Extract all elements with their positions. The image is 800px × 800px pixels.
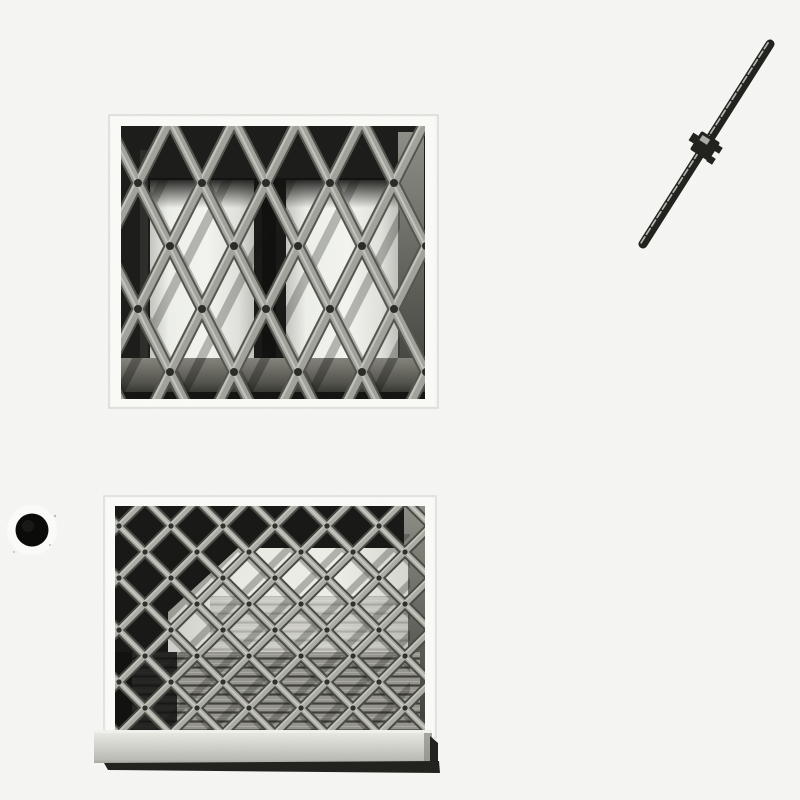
- photo-white-facade: [0, 0, 800, 800]
- film-grain-overlay: [0, 0, 800, 800]
